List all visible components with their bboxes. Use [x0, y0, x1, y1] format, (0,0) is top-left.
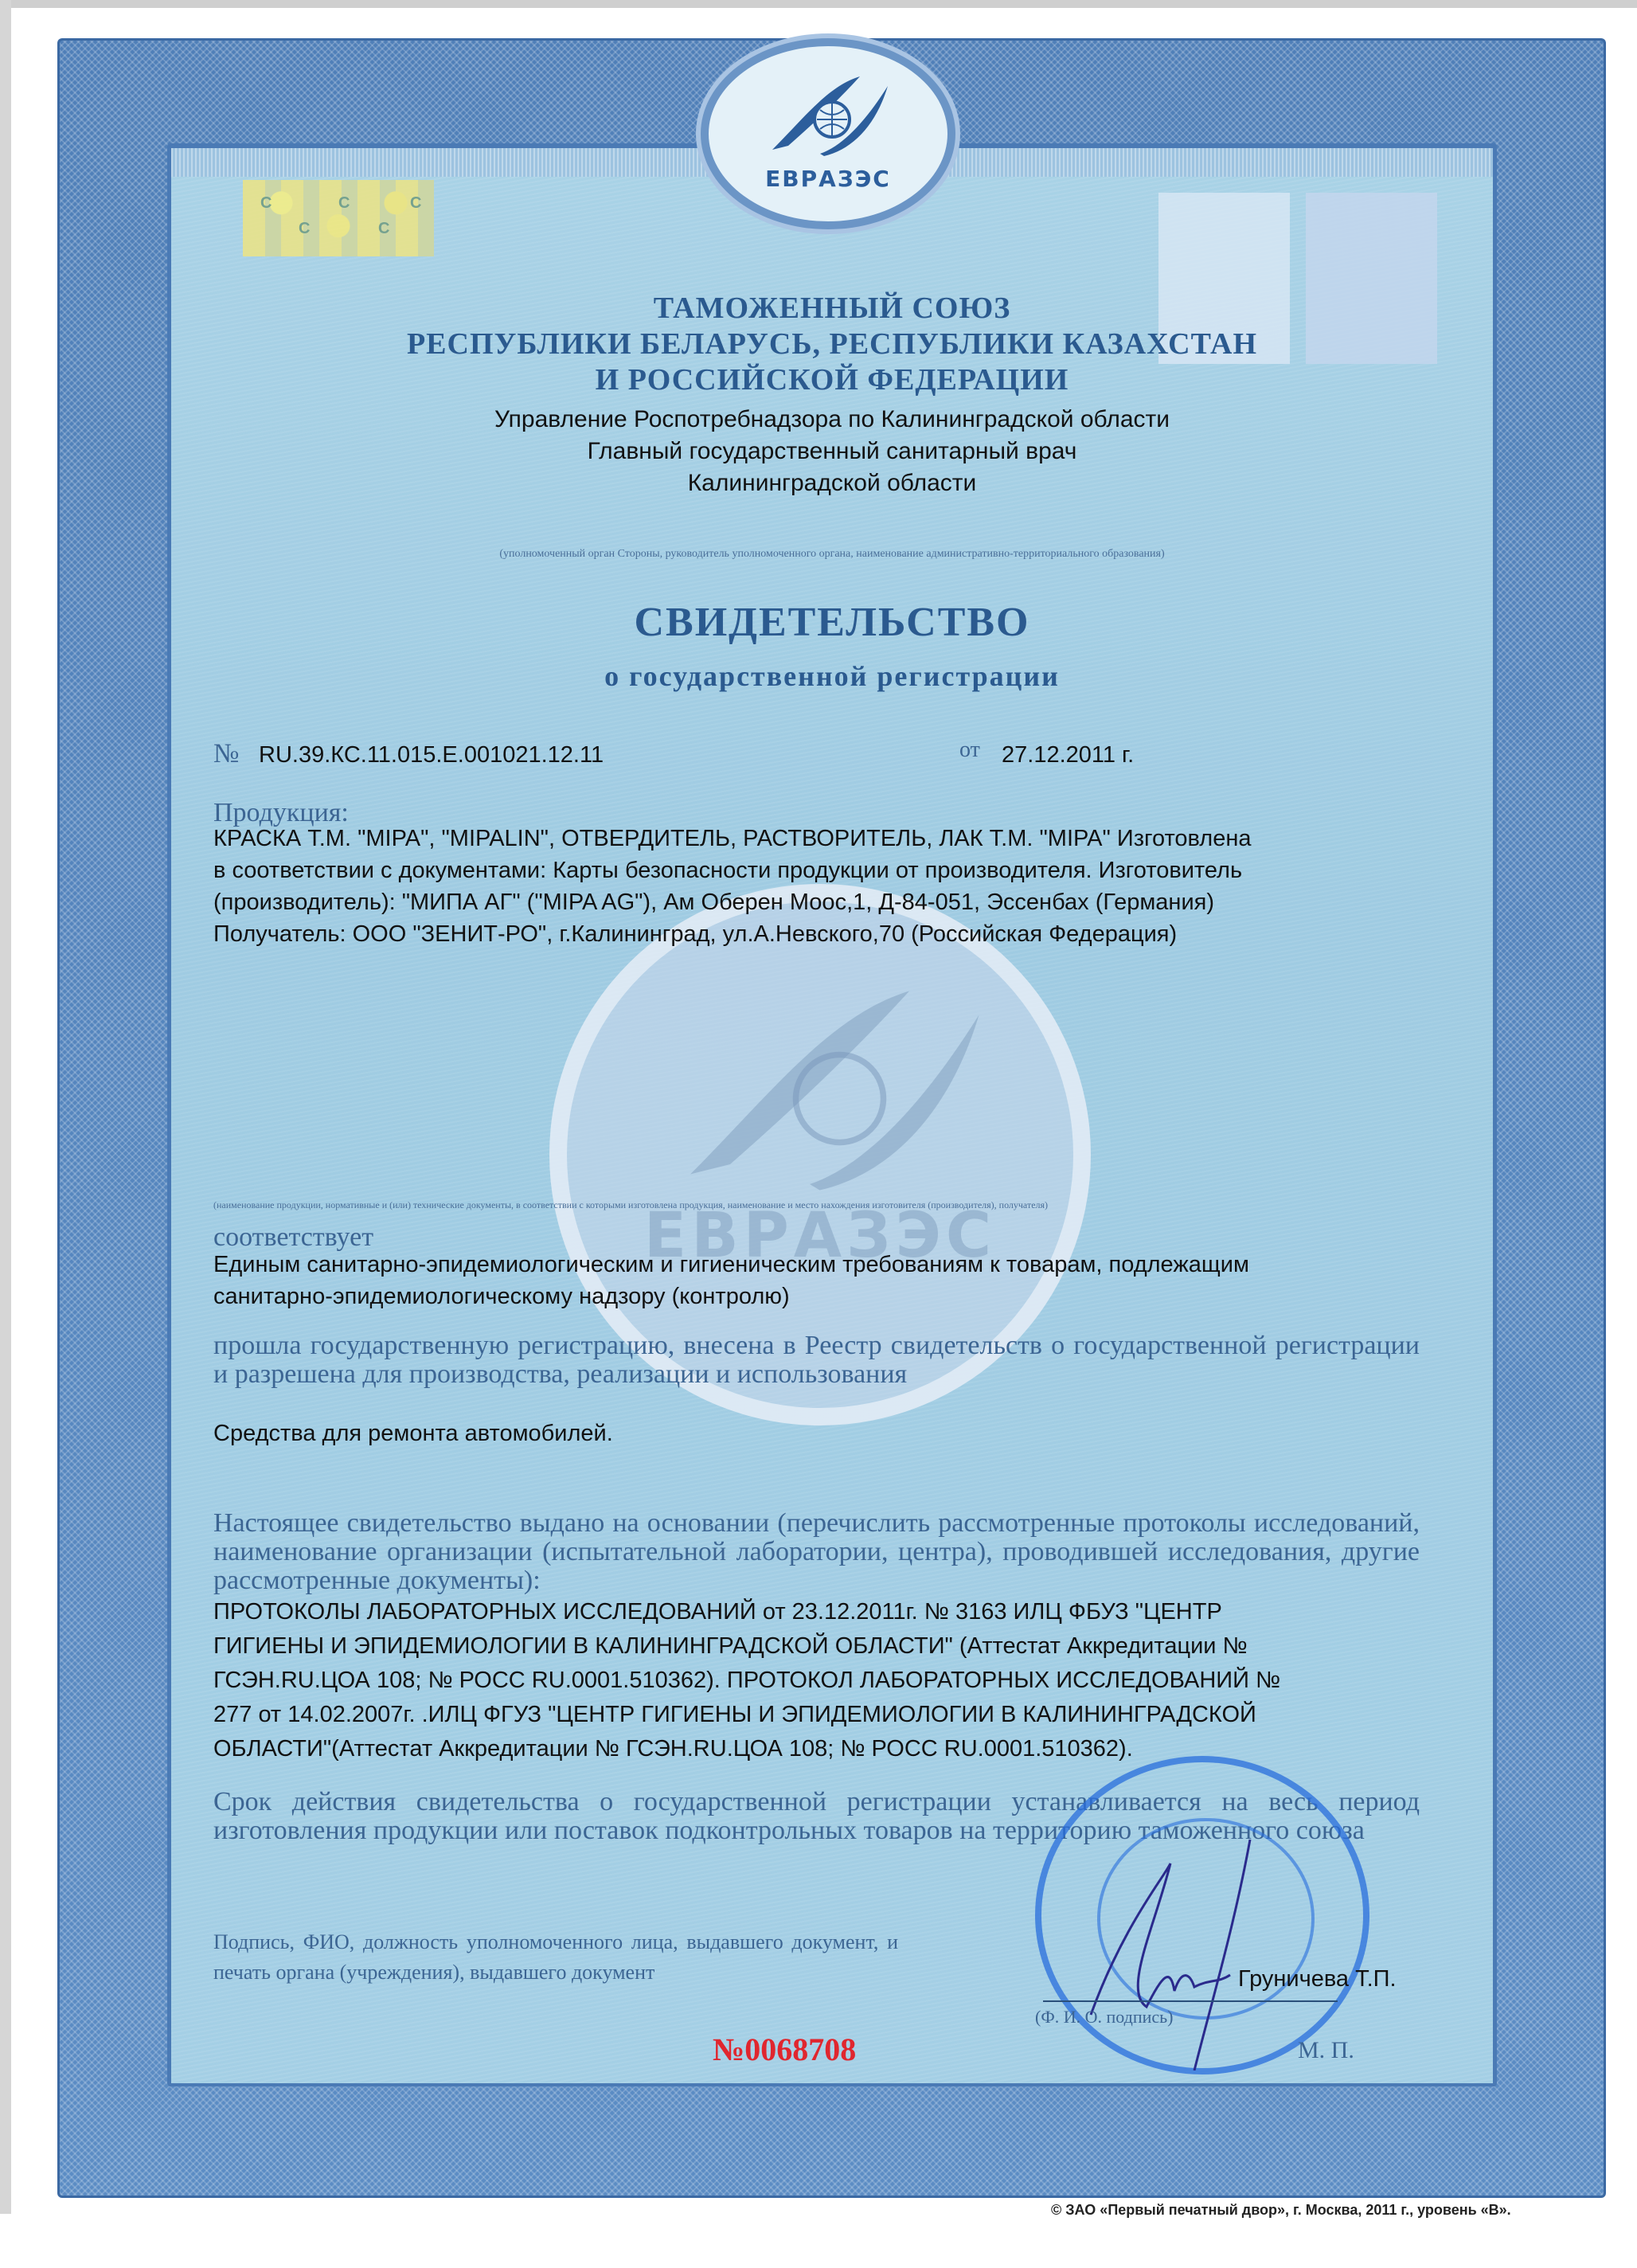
number-label: № — [213, 739, 239, 769]
basis-line: ГИГИЕНЫ И ЭПИДЕМИОЛОГИИ В КАЛИНИНГРАДСКО… — [213, 1629, 1440, 1664]
union-title-line2: РЕСПУБЛИКИ БЕЛАРУСЬ, РЕСПУБЛИКИ КАЗАХСТА… — [171, 327, 1493, 362]
product-hint: (наименование продукции, нормативные и (… — [213, 1199, 1440, 1211]
watermark-logo-icon — [670, 973, 989, 1196]
seal-mark: М. П. — [1298, 2037, 1354, 2064]
product-description: КРАСКА Т.М. "MIPA", "MIPALIN", ОТВЕРДИТЕ… — [213, 823, 1440, 950]
scan-edge-top — [0, 0, 1637, 8]
document-title: СВИДЕТЕЛЬСТВО — [171, 599, 1493, 646]
product-line: в соответствии с документами: Карты безо… — [213, 854, 1440, 886]
conformity-line: Единым санитарно-эпидемиологическим и ги… — [213, 1249, 1440, 1281]
eurasec-logo-icon — [764, 70, 892, 158]
document-subtitle: о государственной регистрации — [171, 659, 1493, 693]
authority-hint: (уполномоченный орган Стороны, руководит… — [171, 548, 1493, 561]
authority-line2: Главный государственный санитарный врач — [171, 438, 1493, 465]
emblem-label: ЕВРАЗЭС — [709, 166, 947, 192]
basis-line: 277 от 14.02.2007г. .ИЛЦ ФГУЗ "ЦЕНТР ГИГ… — [213, 1698, 1440, 1732]
registration-number: RU.39.КС.11.015.Е.001021.12.11 — [259, 739, 604, 771]
signature-icon — [1075, 1832, 1282, 2071]
conformity-requirements: Единым санитарно-эпидемиологическим и ги… — [213, 1249, 1440, 1312]
signature-caption: Подпись, ФИО, должность уполномоченного … — [213, 1927, 898, 1988]
basis-line: ПРОТОКОЛЫ ЛАБОРАТОРНЫХ ИССЛЕДОВАНИЙ от 2… — [213, 1595, 1440, 1629]
signature-line — [1043, 2000, 1338, 2002]
signer-hint: (Ф. И. О. подпись) — [1035, 2007, 1174, 2028]
usage-scope: Средства для ремонта автомобилей. — [213, 1417, 613, 1449]
signer-name: Груничева Т.П. — [1238, 1963, 1397, 1995]
registration-statement: прошла государственную регистрацию, внес… — [213, 1331, 1420, 1389]
registration-date: 27.12.2011 г. — [1002, 739, 1134, 771]
serial-number: №0068708 — [713, 2031, 856, 2068]
union-title-line3: И РОССИЙСКОЙ ФЕДЕРАЦИИ — [171, 362, 1493, 397]
conformity-line: санитарно-эпидемиологическому надзору (к… — [213, 1281, 1440, 1312]
printer-footer: © ЗАО «Первый печатный двор», г. Москва,… — [1051, 2202, 1511, 2219]
basis-documents: ПРОТОКОЛЫ ЛАБОРАТОРНЫХ ИССЛЕДОВАНИЙ от 2… — [213, 1595, 1440, 1766]
scan-edge-left — [0, 0, 11, 2214]
authority-line1: Управление Роспотребнадзора по Калинингр… — [171, 406, 1493, 433]
date-label: от — [959, 737, 980, 763]
union-title-line1: ТАМОЖЕННЫЙ СОЮЗ — [171, 291, 1493, 326]
product-line: КРАСКА Т.М. "MIPA", "MIPALIN", ОТВЕРДИТЕ… — [213, 823, 1440, 854]
authority-line3: Калининградской области — [171, 470, 1493, 497]
eurasec-emblem: ЕВРАЗЭС — [701, 38, 955, 229]
basis-statement: Настоящее свидетельство выдано на основа… — [213, 1509, 1420, 1595]
product-line: (производитель): "МИПА АГ" ("MIPA AG"), … — [213, 886, 1440, 918]
basis-line: ГСЭН.RU.ЦОА 108; № РОСС RU.0001.510362).… — [213, 1664, 1440, 1698]
product-line: Получатель: ООО "ЗЕНИТ-РО", г.Калинингра… — [213, 918, 1440, 950]
basis-line: ОБЛАСТИ"(Аттестат Аккредитации № ГСЭН.RU… — [213, 1732, 1440, 1766]
hologram-icon: CC CC C — [243, 180, 434, 256]
